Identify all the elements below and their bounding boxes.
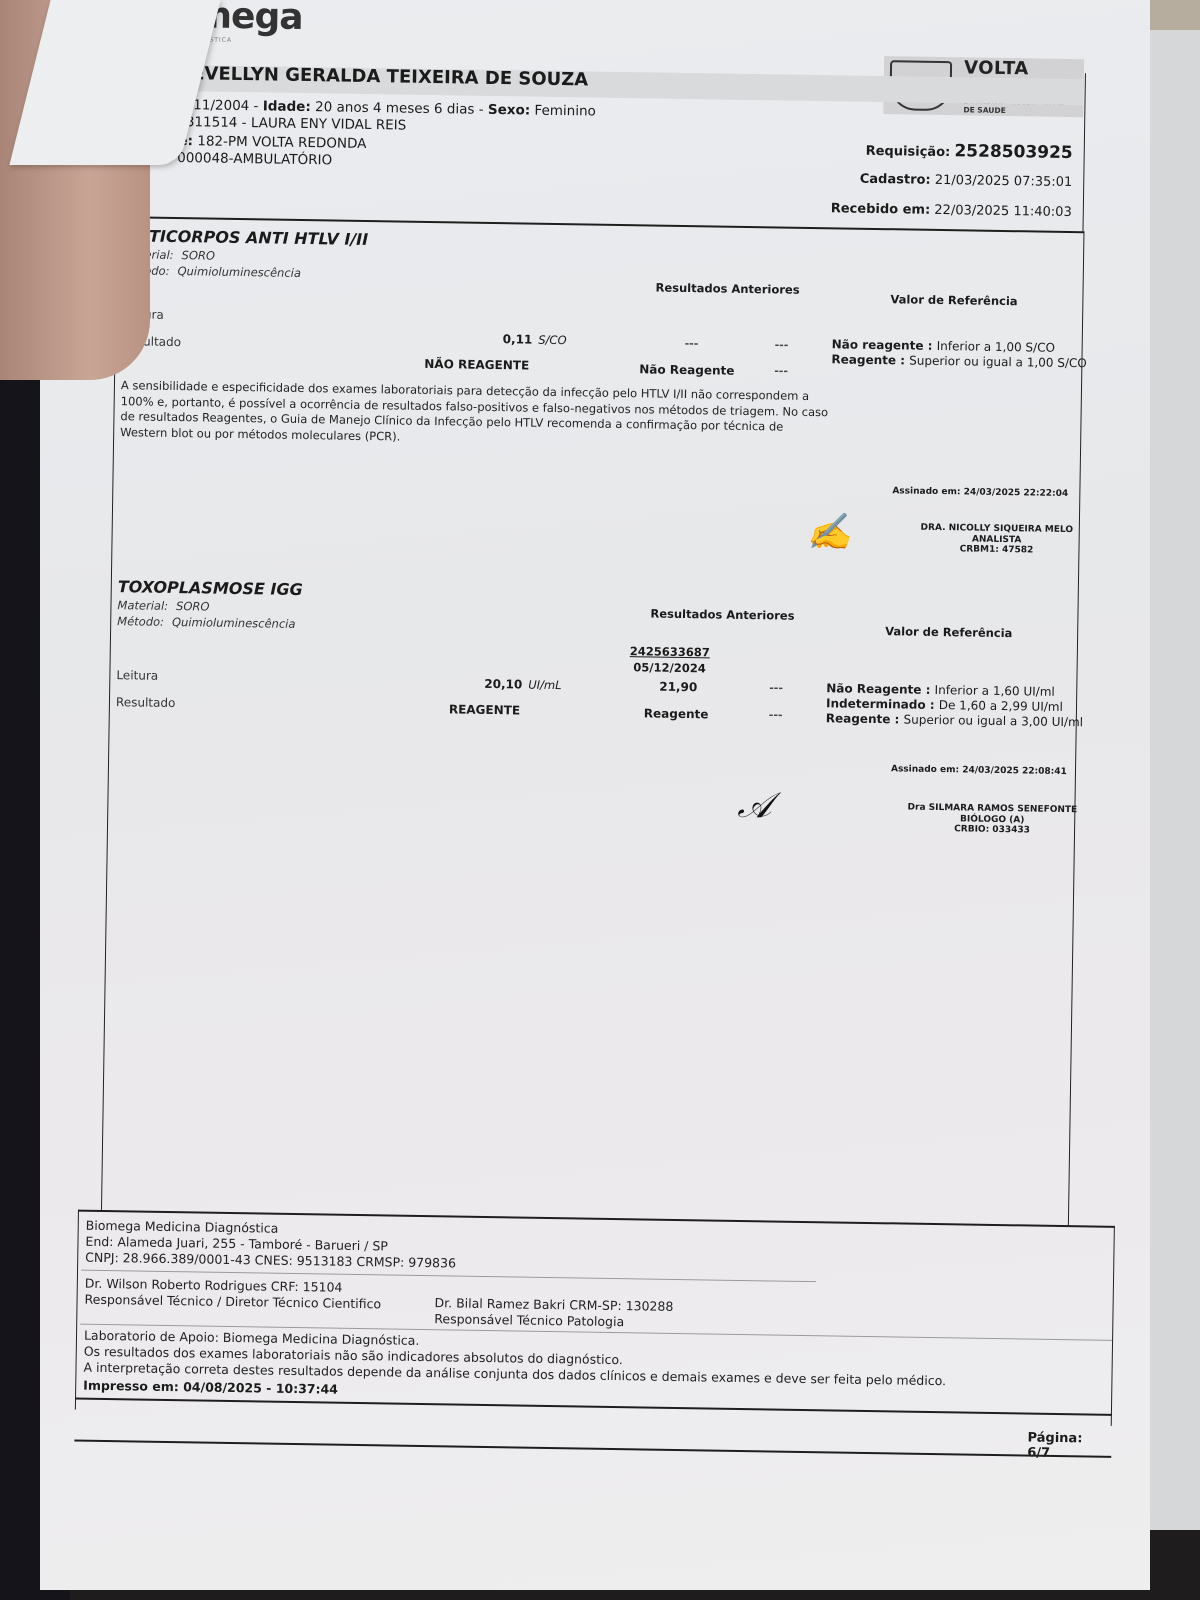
received-datetime: 22/03/2025 11:40:03 [934,203,1072,220]
previous-result-2: --- [769,708,783,721]
previous-reading-2: --- [775,338,789,351]
signer-htlv: DRA. NICOLLY SIQUEIRA MELO ANALISTA CRBM… [906,523,1086,557]
htlv-note: A sensibilidade e especificidade dos exa… [120,378,831,451]
previous-reading-1: --- [685,337,699,350]
previous-reading-2: --- [769,681,783,694]
previous-result-1: Não Reagente [639,362,734,377]
exam-title-htlv: ANTICORPOS ANTI HTLV I/II [123,226,368,249]
signature-toxo: 𝒜 [737,785,772,828]
footer-company-block: Biomega Medicina Diagnóstica End: Alamed… [85,1218,457,1272]
reference-header: Valor de Referência [890,292,1017,308]
signature-htlv: ✍ [806,511,851,554]
reading-value: 20,10UI/mL [484,677,561,692]
result-value: NÃO REAGENTE [424,357,529,373]
signed-at-htlv: Assinado em: 24/03/2025 22:22:04 [892,486,1068,499]
previous-result-1: Reagente [644,706,709,721]
previous-request-link[interactable]: 2425633687 [625,644,715,659]
previous-result-2: --- [774,364,788,377]
lab-report-page: biomega MEDICINA DIAGNÓSTICA ⚜ VOLTA RED… [40,0,1150,1590]
requisition-number: 2528503925 [954,141,1073,163]
result-value: REAGENTE [449,702,520,717]
reference-values-toxo: Não Reagente : Inferior a 1,60 UI/mlInde… [826,681,1087,730]
footer-resp1: Dr. Wilson Roberto Rodrigues CRF: 15104 … [84,1276,381,1313]
age: 20 anos 4 meses 6 dias [315,99,475,118]
exam-method: Método:Quimioluminescência [117,614,295,631]
reference-item: Reagente : Superior ou igual a 1,00 S/CO [831,352,1091,371]
previous-results-header: Resultados Anteriores [650,606,794,622]
reading-label: Leitura [116,668,158,683]
report-sheet: biomega MEDICINA DIAGNÓSTICA ⚜ VOLTA RED… [91,0,1130,1536]
reference-header: Valor de Referência [885,624,1012,640]
previous-request-date: 05/12/2024 [624,660,714,675]
exam-material: Material:SORO [117,598,209,613]
reference-item: Reagente : Superior ou igual a 3,00 UI/m… [826,711,1086,730]
footer-resp2: Dr. Bilal Ramez Bakri CRM-SP: 130288 Res… [434,1295,673,1331]
registration-datetime: 21/03/2025 07:35:01 [935,173,1073,190]
unit: 182-PM VOLTA REDONDA [197,133,366,152]
previous-results-header: Resultados Anteriores [655,281,799,297]
doctor: 1311514 - LAURA ENY VIDAL REIS [177,114,406,134]
exam-title-toxo: TOXOPLASMOSE IGG [118,577,303,599]
signer-toxo: Dra SILMARA RAMOS SENEFONTE BIÓLOGO (A) … [897,802,1087,836]
signed-at-toxo: Assinado em: 24/03/2025 22:08:41 [891,764,1067,777]
sex: Feminino [534,103,596,120]
reading-value: 0,11S/CO [503,332,567,347]
reference-values-htlv: Não reagente : Inferior a 1,00 S/COReage… [831,337,1091,371]
post: 000048-AMBULATÓRIO [177,150,332,168]
page-bottom-rule [74,1440,1111,1458]
previous-reading-1: 21,90 [659,680,697,695]
requisition: Requisição: 2528503925 [865,140,1072,163]
result-label: Resultado [116,695,176,710]
